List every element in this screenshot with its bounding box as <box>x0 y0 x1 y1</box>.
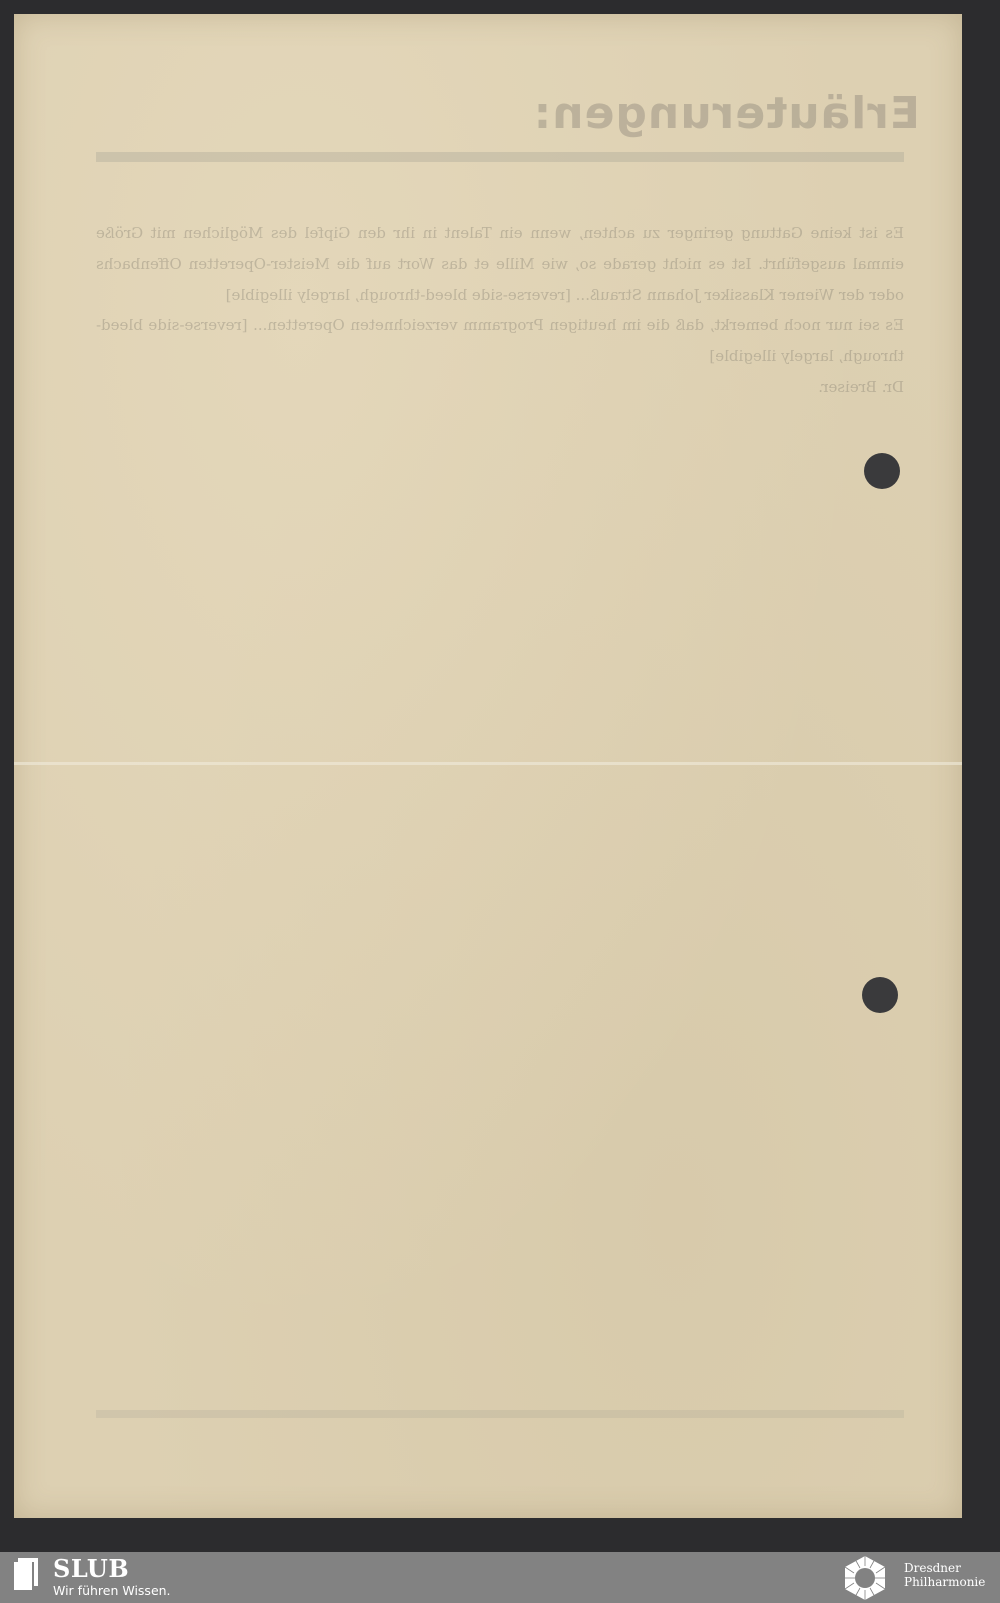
slub-tagline: Wir führen Wissen. <box>53 1583 171 1598</box>
slub-logo-text[interactable]: SLUB <box>53 1554 129 1583</box>
dp-line-2: Philharmonie <box>904 1575 985 1589</box>
dp-line-1: Dresdner <box>904 1561 985 1575</box>
dresdner-philharmonie-logo-text[interactable]: Dresdner Philharmonie <box>904 1561 985 1589</box>
body-paragraph: Es sei nur noch bemerkt, daß die im heut… <box>96 310 904 372</box>
page-heading: Erläuterungen: <box>540 88 920 139</box>
footer-bar: SLUB Wir führen Wissen. Dresdner Philhar… <box>0 1552 1000 1603</box>
dresdner-philharmonie-sun-icon <box>840 1554 890 1602</box>
fold-line <box>14 762 962 765</box>
punch-hole <box>862 977 898 1013</box>
body-paragraph: Es ist keine Gattung geringer zu achten,… <box>96 218 904 310</box>
punch-hole <box>864 453 900 489</box>
bleed-through-text: Es ist keine Gattung geringer zu achten,… <box>96 218 904 403</box>
scan-background: Erläuterungen: Es ist keine Gattung geri… <box>0 0 1000 1552</box>
heading-rule <box>96 152 904 162</box>
slub-book-icon <box>12 1556 42 1592</box>
signature: Dr. Breiser. <box>96 372 904 403</box>
bottom-rule <box>96 1410 904 1418</box>
